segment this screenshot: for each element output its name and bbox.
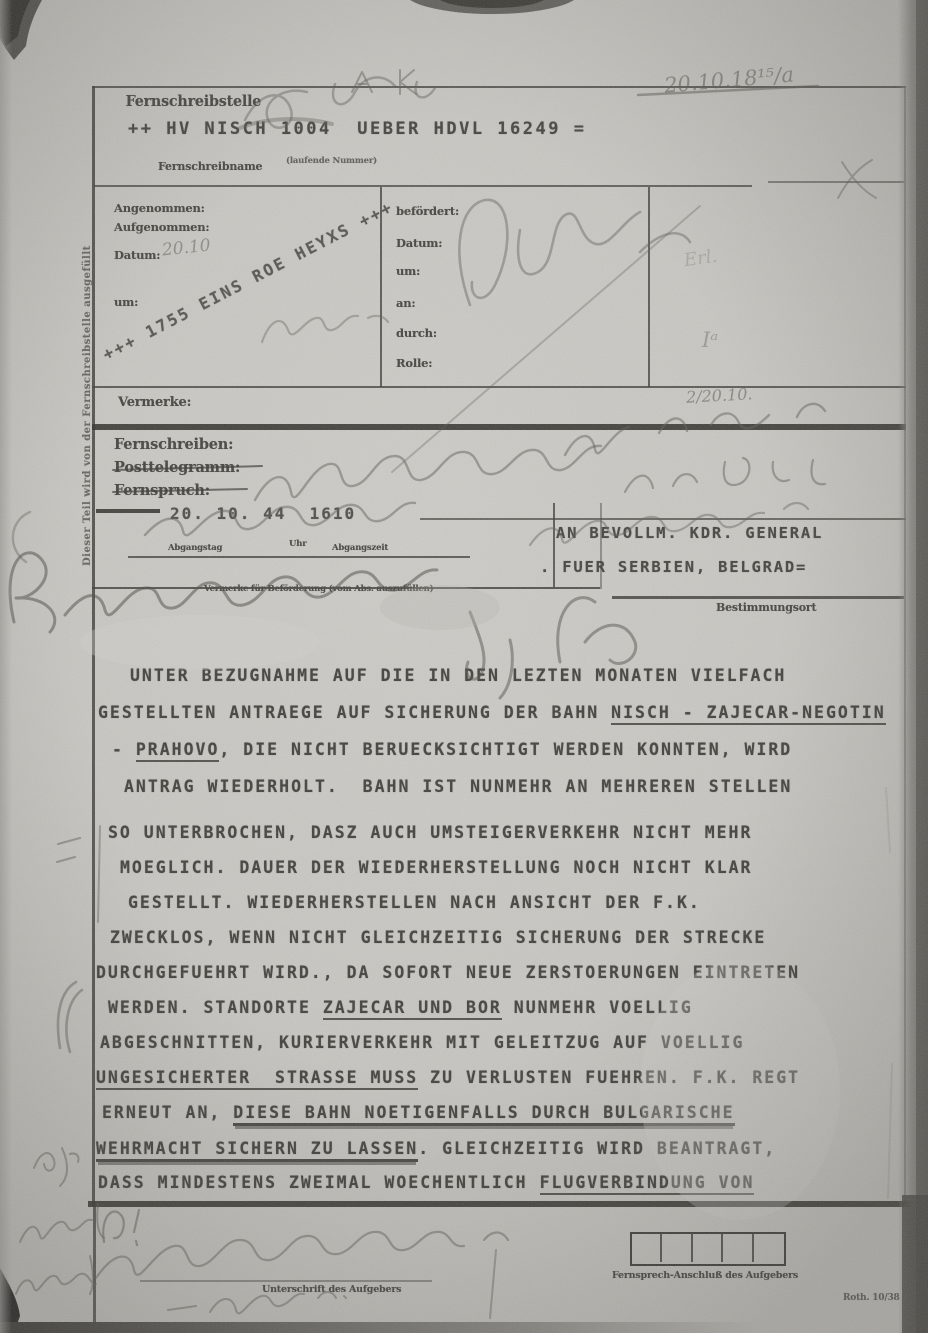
handwriting-scrawl-right xyxy=(625,458,825,492)
label-fernschreiben: Fernschreiben: xyxy=(114,436,233,453)
body-line: ZWECKLOS, WENN NICHT GLEICHZEITIG SICHER… xyxy=(110,928,766,947)
scan-band-right-bottom xyxy=(902,1195,928,1333)
body-text-segment: MOEGLICH. DAUER DER WIEDERHERSTELLUNG NO… xyxy=(120,858,753,877)
body-text-segment: GESTELLT. WIEDERHERSTELLEN NACH ANSICHT … xyxy=(128,893,701,912)
header-typed-line: ++ HV NISCH 1004 UEBER HDVL 16249 = xyxy=(128,119,586,139)
label-um-2: um: xyxy=(396,264,420,278)
label-um-1: um: xyxy=(114,295,138,309)
body-line: - PRAHOVO, DIE NICHT BERUECKSICHTIGT WER… xyxy=(112,740,792,759)
handwriting-scrawl-long xyxy=(255,446,601,500)
print-mark: Roth. 10/38 xyxy=(843,1293,900,1303)
label-uhr: Uhr xyxy=(289,539,306,549)
handwritten-datum-value: 20.10 xyxy=(161,236,211,261)
scan-crease-right-2 xyxy=(888,1064,892,1198)
handwriting-moe-h xyxy=(103,1210,139,1245)
label-abgangszeit: Abgangszeit xyxy=(332,543,388,553)
label-datum-1: Datum: xyxy=(114,248,160,262)
body-text-segment: DASS MINDESTENS ZWEIMAL WOECHENTLICH xyxy=(98,1173,540,1192)
body-text-segment: , DIE NICHT BERUECKSICHTIGT WERDEN KONNT… xyxy=(219,740,792,759)
body-text-segment: ZWECKLOS, WENN NICHT GLEICHZEITIG SICHER… xyxy=(110,928,766,947)
body-text-segment: - xyxy=(112,740,136,759)
handwriting-namefield-cross xyxy=(838,160,876,198)
body-line: GESTELLT. WIEDERHERSTELLEN NACH ANSICHT … xyxy=(128,893,701,912)
body-underlined-segment: ZAJECAR UND BOR xyxy=(323,998,502,1020)
body-line: GESTELLTEN ANTRAEGE AUF SICHERUNG DER BA… xyxy=(98,703,886,722)
handwritten-erl-note: Erl. xyxy=(683,246,719,271)
body-line: ANTRAG WIEDERHOLT. BAHN IST NUNMEHR AN M… xyxy=(124,777,792,796)
body-line: DASS MINDESTENS ZWEIMAL WOECHENTLICH FLU… xyxy=(98,1173,754,1192)
label-fernspruch: Fernspruch: xyxy=(114,482,210,499)
dispatch-typed-datetime: 20. 10. 44 1610 xyxy=(170,504,356,523)
scan-blob-topcenter-dark xyxy=(437,0,547,8)
handwriting-ak-marks xyxy=(352,70,416,94)
scan-band-bottom xyxy=(0,1322,760,1333)
handwriting-body-bracket xyxy=(98,826,100,922)
handwriting-noetig xyxy=(168,1292,346,1313)
name-label: Fernschreibname xyxy=(158,160,262,173)
label-posttelegramm: Posttelegramm: xyxy=(114,459,240,476)
phone-box-divider xyxy=(752,1232,754,1262)
address-line2: . FUER SERBIEN, BELGRAD= xyxy=(540,558,807,576)
scan-band-left xyxy=(0,0,12,1333)
handwriting-leftbox-signature xyxy=(262,316,388,342)
scan-blob-topcenter xyxy=(404,0,580,14)
signature-label: Unterschrift des Aufgebers xyxy=(262,1284,401,1295)
dest-label: Bestimmungsort xyxy=(716,601,816,614)
label-rolle: Rolle: xyxy=(396,356,432,370)
label-aufgenommen: Aufgenommen: xyxy=(114,220,209,234)
boxes-bottom-line xyxy=(92,386,906,388)
label-angenommen: Angenommen: xyxy=(114,201,205,215)
side-note-vertical: Dieser Teil wird von der Fernschreibstel… xyxy=(82,245,93,566)
scan-crease-right-1 xyxy=(886,788,890,852)
header-underline xyxy=(94,185,752,187)
handwriting-margin-muess xyxy=(20,1204,104,1242)
body-underlined-segment: WEHRMACHT SICHERN ZU LASSEN xyxy=(96,1139,418,1162)
handwriting-midbox-scribble xyxy=(459,200,690,305)
handwriting-eh-mark xyxy=(558,598,636,664)
scanned-telegram-form: Dieser Teil wird von der Fernschreibstel… xyxy=(0,0,928,1333)
handwriting-footer-vertical xyxy=(490,1250,496,1318)
phone-box-divider xyxy=(721,1232,723,1262)
vermerke-thick-rule xyxy=(92,424,906,430)
handwriting-margin-anbr xyxy=(16,1256,96,1294)
header-underline-right xyxy=(768,181,904,183)
handwriting-margin-zib xyxy=(34,1148,79,1186)
dispatch-top-line xyxy=(420,518,906,520)
scan-stain-1 xyxy=(80,615,320,670)
form-border-left-lower xyxy=(93,1206,96,1324)
body-line: ERNEUT AN, DIESE BAHN NOETIGENFALLS DURC… xyxy=(102,1103,735,1122)
address-underline xyxy=(612,596,904,599)
label-befoerdert: befördert: xyxy=(396,204,459,218)
handwritten-vermerke-note: 2/20.10. xyxy=(686,384,753,406)
vermerke-label: Vermerke: xyxy=(118,395,191,410)
body-underlined-segment: UNGESICHERTER STRASSE MUSS xyxy=(96,1068,418,1090)
scan-band-right-dark xyxy=(916,0,928,1333)
name-label-small: (laufende Nummer) xyxy=(286,156,377,166)
handwritten-top-right-date: 20.10.18¹⁵/a xyxy=(663,62,795,97)
box-divider-2 xyxy=(648,187,650,387)
label-datum-2: Datum: xyxy=(396,236,442,250)
handwriting-footer-wave xyxy=(96,1232,508,1278)
label-durch: durch: xyxy=(396,326,437,340)
body-text-segment: GESTELLTEN ANTRAEGE AUF SICHERUNG DER BA… xyxy=(98,703,611,722)
phone-label: Fernsprech-Anschluß des Aufgebers xyxy=(612,1270,798,1281)
body-text-segment: WERDEN. STANDORTE xyxy=(108,998,323,1017)
scan-stain-2 xyxy=(380,585,500,630)
body-underlined-segment: NISCH - ZAJECAR-NEGOTIN xyxy=(611,703,885,725)
label-abgangstag: Abgangstag xyxy=(168,543,222,553)
phone-box-divider xyxy=(660,1232,662,1262)
handwriting-margin-dashes xyxy=(57,838,80,862)
handwriting-margin-big-stroke xyxy=(58,982,82,1052)
phone-box-divider xyxy=(691,1232,693,1262)
body-line: MOEGLICH. DAUER DER WIEDERHERSTELLUNG NO… xyxy=(120,858,753,877)
body-text-segment: SO UNTERBROCHEN, DASZ AUCH UMSTEIGERVERK… xyxy=(108,823,752,842)
label-an: an: xyxy=(396,296,415,310)
body-line: WERDEN. STANDORTE ZAJECAR UND BOR NUNMEH… xyxy=(108,998,693,1017)
dispatch-lead-dash xyxy=(96,509,160,513)
signature-line xyxy=(140,1280,432,1282)
handwriting-margin-c xyxy=(13,512,30,562)
body-text-segment: ANTRAG WIEDERHOLT. BAHN IST NUNMEHR AN M… xyxy=(124,777,792,796)
footer-thick-rule xyxy=(88,1201,928,1207)
dispatch-mid-line xyxy=(128,556,470,558)
scan-stain-3 xyxy=(640,960,840,1220)
dispatch-right-edge xyxy=(600,503,602,589)
body-underlined-segment: PRAHOVO xyxy=(136,740,220,762)
address-line1: AN BEVOLLM. KDR. GENERAL xyxy=(556,524,823,542)
handwriting-big-b-loop xyxy=(10,553,55,632)
body-line: SO UNTERBROCHEN, DASZ AUCH UMSTEIGERVERK… xyxy=(108,823,752,842)
body-text-segment: ERNEUT AN, xyxy=(102,1103,233,1122)
handwritten-ia-note: Iᵃ xyxy=(702,328,718,352)
phone-number-boxes xyxy=(630,1232,786,1266)
station-label: Fernschreibstelle xyxy=(126,92,262,110)
